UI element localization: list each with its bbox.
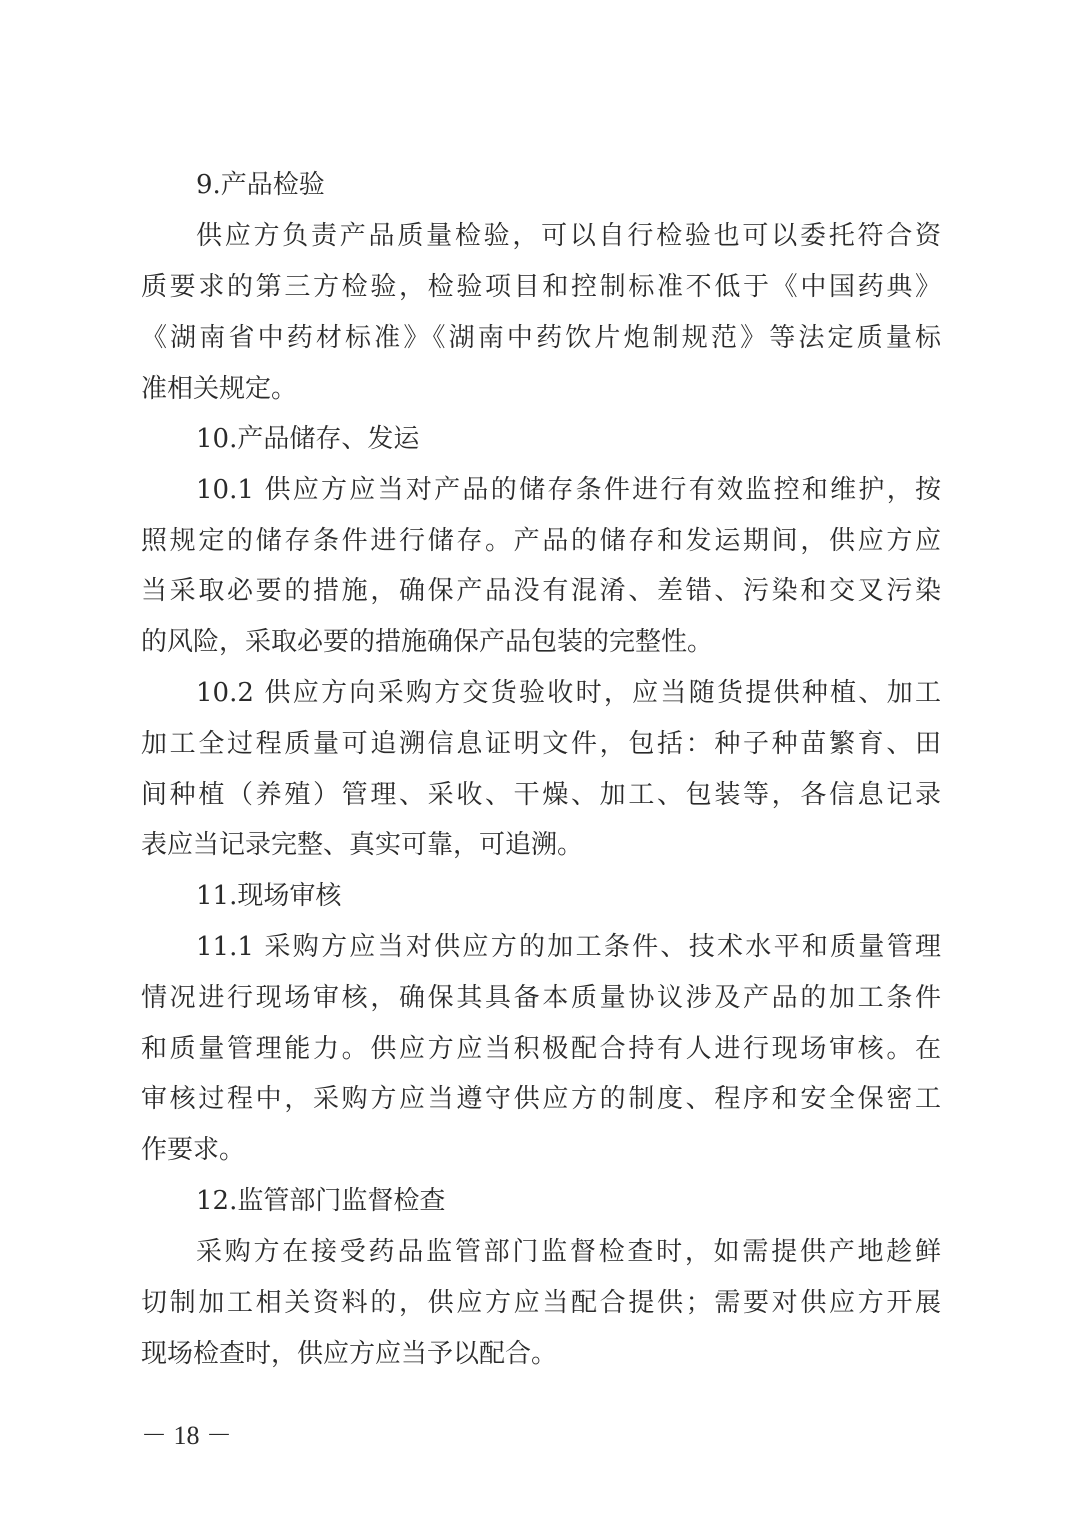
paragraph-line: 切制加工相关资料的，供应方应当配合提供；需要对供应方开展 xyxy=(141,1283,941,1323)
section-heading-12: 12.监管部门监督检查 xyxy=(196,1181,941,1221)
paragraph-line: 现场检查时，供应方应当予以配合。 xyxy=(141,1334,941,1374)
paragraph-line: 作要求。 xyxy=(141,1130,941,1170)
paragraph-line: 当采取必要的措施，确保产品没有混淆、差错、污染和交叉污染 xyxy=(141,571,941,611)
page-number: － 18 － xyxy=(141,1416,232,1456)
paragraph-line: 的风险，采取必要的措施确保产品包装的完整性。 xyxy=(141,622,941,662)
paragraph-line: 10.1 供应方应当对产品的储存条件进行有效监控和维护，按 xyxy=(196,470,941,510)
section-heading-10: 10.产品储存、发运 xyxy=(196,419,941,459)
paragraph-line: 供应方负责产品质量检验，可以自行检验也可以委托符合资 xyxy=(196,216,941,256)
paragraph-line: 11.1 采购方应当对供应方的加工条件、技术水平和质量管理 xyxy=(196,927,941,967)
paragraph-line: 10.2 供应方向采购方交货验收时，应当随货提供种植、加工 xyxy=(196,673,941,713)
paragraph-line: 质要求的第三方检验，检验项目和控制标准不低于《中国药典》 xyxy=(141,267,941,307)
paragraph-line: 照规定的储存条件进行储存。产品的储存和发运期间，供应方应 xyxy=(141,521,941,561)
paragraph-line: 准相关规定。 xyxy=(141,369,941,409)
paragraph-line: 情况进行现场审核，确保其具备本质量协议涉及产品的加工条件 xyxy=(141,978,941,1018)
section-heading-11: 11.现场审核 xyxy=(196,876,941,916)
paragraph-line: 采购方在接受药品监管部门监督检查时，如需提供产地趁鲜 xyxy=(196,1232,941,1272)
document-page: 9.产品检验 供应方负责产品质量检验，可以自行检验也可以委托符合资 质要求的第三… xyxy=(0,0,1080,1528)
paragraph-line: 加工全过程质量可追溯信息证明文件，包括：种子种苗繁育、田 xyxy=(141,724,941,764)
paragraph-line: 审核过程中，采购方应当遵守供应方的制度、程序和安全保密工 xyxy=(141,1079,941,1119)
paragraph-line: 间种植（养殖）管理、采收、干燥、加工、包装等，各信息记录 xyxy=(141,775,941,815)
paragraph-line: 和质量管理能力。供应方应当积极配合持有人进行现场审核。在 xyxy=(141,1029,941,1069)
section-heading-9: 9.产品检验 xyxy=(196,165,941,205)
paragraph-line: 《湖南省中药材标准》《湖南中药饮片炮制规范》等法定质量标 xyxy=(141,318,941,358)
paragraph-line: 表应当记录完整、真实可靠，可追溯。 xyxy=(141,825,941,865)
